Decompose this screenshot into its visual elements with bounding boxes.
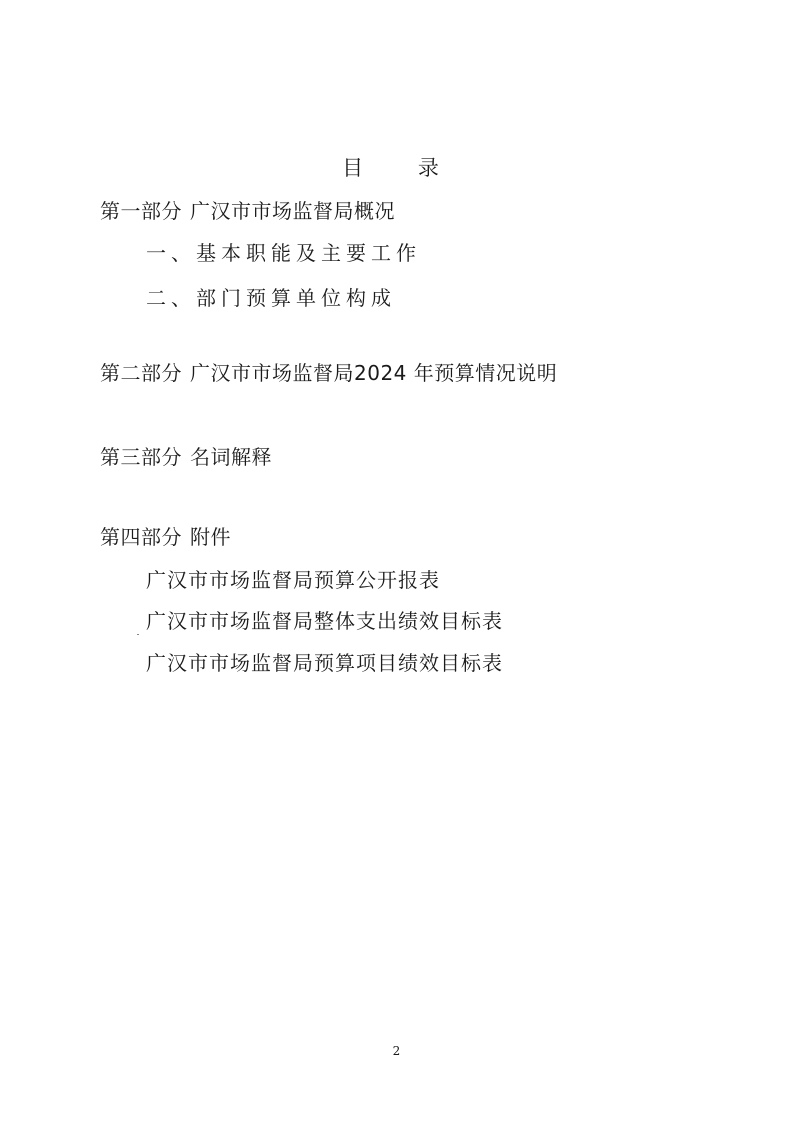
document-page: 目 录 第一部分广汉市市场监督局概况 一、基本职能及主要工作 二、部门预算单位构… [0,0,793,1122]
page-number: 2 [0,1044,793,1058]
part-label: 第二部分 [100,361,182,385]
part-label: 第三部分 [100,445,182,469]
toc-part-1: 第一部分广汉市市场监督局概况 [100,198,395,224]
part-label: 第四部分 [100,525,182,549]
toc-part-4: 第四部分附件 [100,524,231,550]
toc-title: 目 录 [0,152,793,182]
toc-item-1-2: 二、部门预算单位构成 [146,285,396,311]
scan-speck [137,634,139,635]
part-label: 第一部分 [100,199,182,223]
toc-item-4-1: 广汉市市场监督局预算公开报表 [146,567,440,593]
part-title: 广汉市市场监督局2024 年预算情况说明 [190,361,557,385]
toc-part-2: 第二部分广汉市市场监督局2024 年预算情况说明 [100,360,557,386]
toc-item-4-2: 广汉市市场监督局整体支出绩效目标表 [146,608,503,634]
toc-item-1-1: 一、基本职能及主要工作 [146,240,421,266]
toc-item-4-3: 广汉市市场监督局预算项目绩效目标表 [146,650,503,676]
toc-part-3: 第三部分名词解释 [100,444,272,470]
part-title: 广汉市市场监督局概况 [190,199,395,223]
part-title: 名词解释 [190,445,272,469]
part-title: 附件 [190,525,231,549]
